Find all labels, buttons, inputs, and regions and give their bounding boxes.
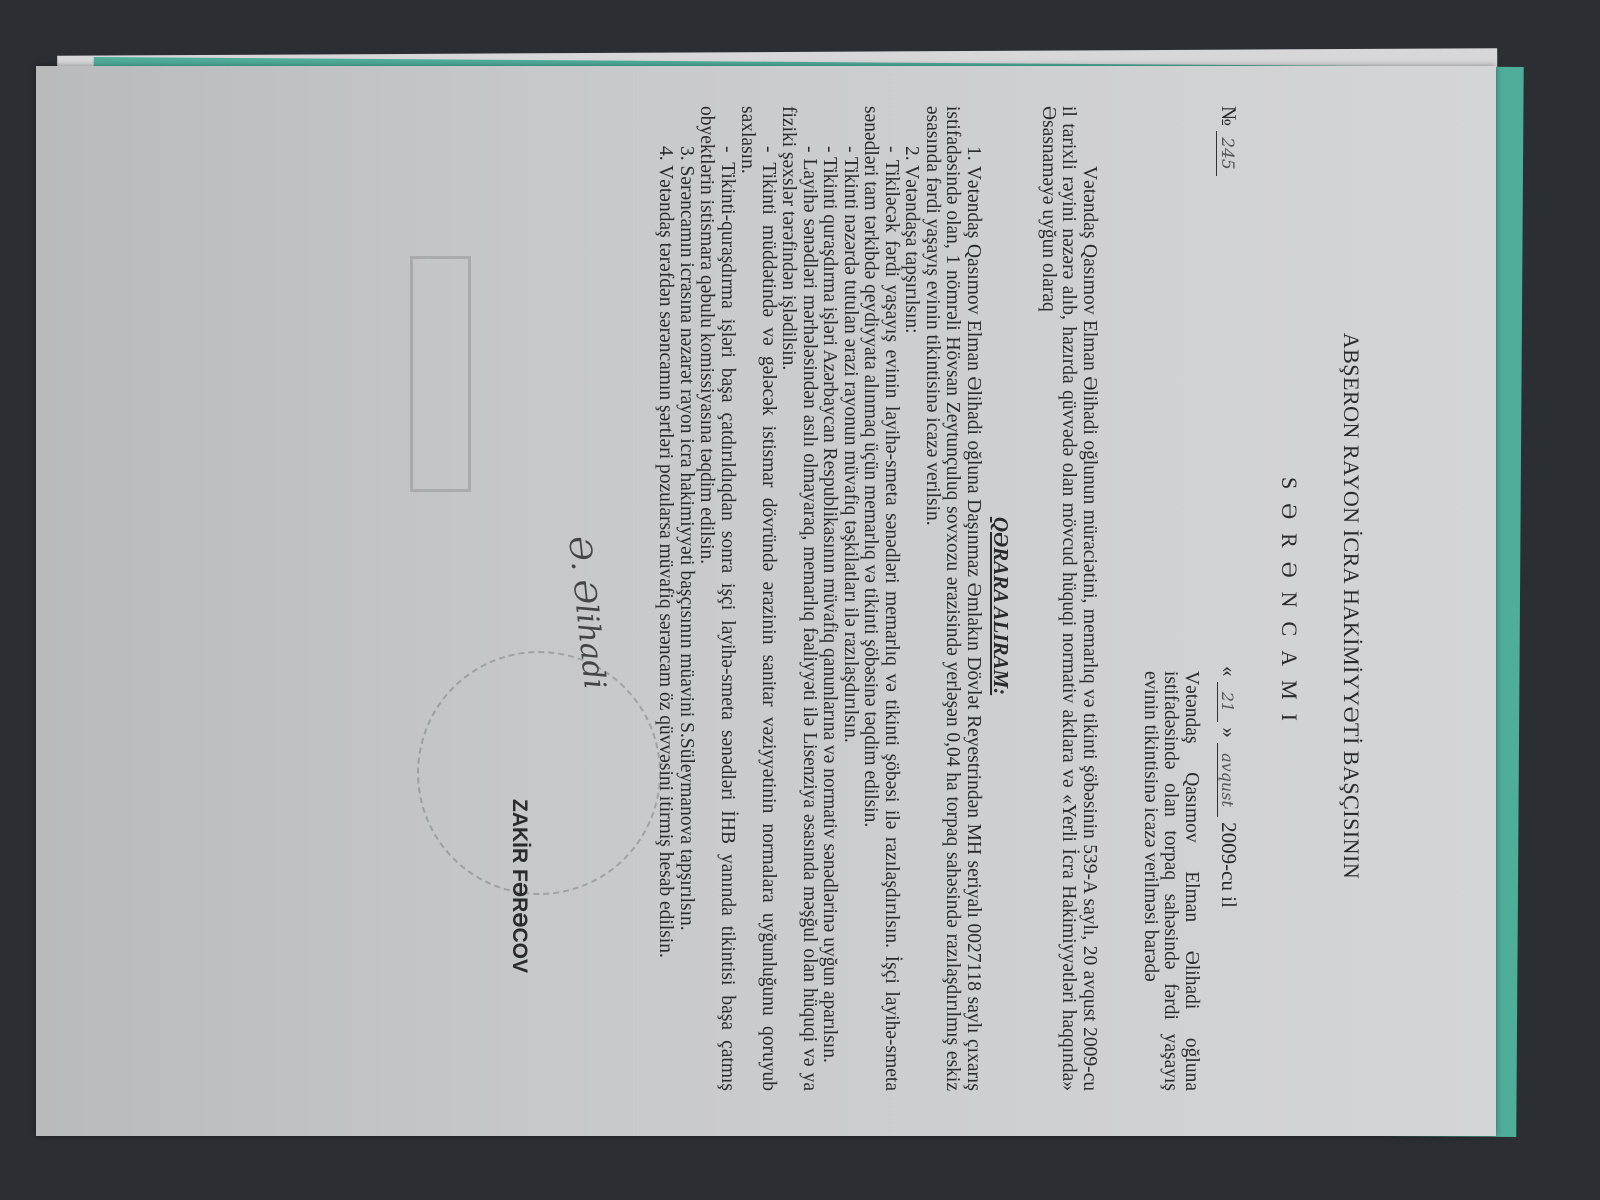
- item-2-b: - Tikinti nəzərdə tutulan ərazi rayonun …: [840, 106, 861, 1091]
- date-quote-close: »: [1217, 727, 1241, 738]
- document-paper: ABŞERON RAYON İCRA HAKİMİYYƏTİ BAŞÇISINI…: [36, 66, 1496, 1136]
- number-label: №: [1217, 106, 1241, 126]
- date-day: 21: [1217, 682, 1237, 722]
- document-header-title: ABŞERON RAYON İCRA HAKİMİYYƏTİ BAŞÇISINI…: [1341, 106, 1362, 1106]
- signer-name: ZAKİR FƏRƏCOV: [509, 799, 530, 973]
- item-2-f: - Tikinti-quraşdırma işləri başa çatdırı…: [696, 106, 737, 1091]
- document-body: ABŞERON RAYON İCRA HAKİMİYYƏTİ BAŞÇISINI…: [36, 106, 1361, 1106]
- decision-items: 1. Vətəndaş Qasımov Elman Əlihadi oğluna…: [655, 106, 983, 1091]
- round-seal: [417, 651, 661, 895]
- item-2: 2. Vətəndaşa tapşırılsın:: [901, 106, 922, 1091]
- item-2-e: - Tikinti müddətində və gələcək istismar…: [737, 106, 778, 1091]
- document-number: № 245: [1217, 106, 1240, 176]
- item-3: 3. Sərəncamın icrasına nəzarət rayon icr…: [676, 106, 697, 1091]
- item-4: 4. Vətəndaş tərəfdən sərəncamın şərtləri…: [655, 106, 676, 1091]
- document-subject: Vətəndaş Qasımov Elman Əlihadi oğluna is…: [1140, 671, 1202, 1091]
- date-quote-open: «: [1217, 666, 1241, 677]
- decision-heading: QƏRARA ALIRAM:: [991, 106, 1012, 1106]
- signer-name-block: ZAKİR FƏRƏCOV: [509, 106, 530, 1106]
- number-value: 245: [1216, 131, 1237, 175]
- date-year: 2009-cu il: [1217, 822, 1241, 908]
- intro-paragraph: Vətəndaş Qasımov Elman Əlihadi oğlunun m…: [1038, 106, 1100, 1091]
- document-type: SƏRƏNCAMI: [1279, 106, 1300, 1106]
- document-date: « 21 » avqust 2009-cu il: [1217, 666, 1240, 908]
- item-1: 1. Vətəndaş Qasımov Elman Əlihadi oğluna…: [922, 106, 984, 1091]
- date-month: avqust: [1217, 743, 1237, 817]
- faded-stamp-box: [410, 256, 471, 492]
- item-2-a: - Tikiləcək fərdi yaşayış evinin layihə-…: [860, 106, 901, 1091]
- item-2-d: - Layihə sənədləri mərhələsindən asılı o…: [778, 106, 819, 1091]
- item-2-c: - Tikinti quraşdırma işləri Azərbaycan R…: [819, 106, 840, 1091]
